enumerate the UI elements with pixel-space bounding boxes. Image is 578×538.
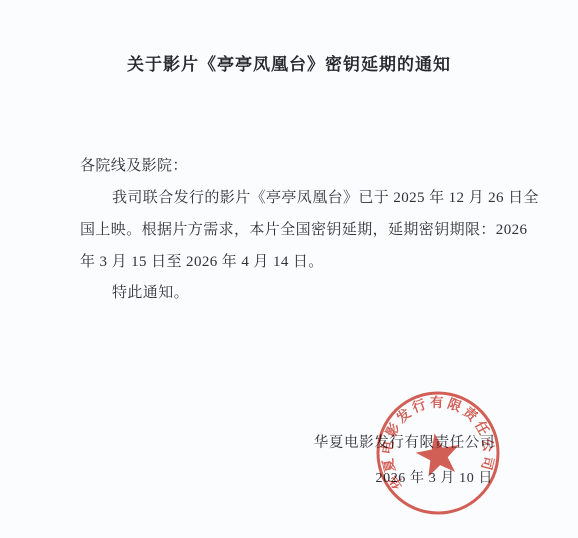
body-line: 国上映。根据片方需求，本片全国密钥延期，延期密钥期限：2026 (80, 214, 510, 246)
body-line: 年 3 月 15 日至 2026 年 4 月 14 日。 (80, 246, 510, 278)
body-line: 我司联合发行的影片《亭亭凤凰台》已于 2025 年 12 月 26 日全 (112, 182, 542, 214)
body-line-closing: 特此通知。 (112, 277, 542, 309)
company-signature: 华夏电影发行有限责任公司 (314, 431, 495, 455)
document-date: 2026 年 3 月 10 日 (376, 467, 494, 491)
salutation-line: 各院线及影院： (80, 150, 510, 182)
notice-document-page: 关于影片《亭亭凤凰台》密钥延期的通知 各院线及影院： 我司联合发行的影片《亭亭凤… (0, 0, 578, 538)
document-title: 关于影片《亭亭凤凰台》密钥延期的通知 (0, 50, 578, 80)
